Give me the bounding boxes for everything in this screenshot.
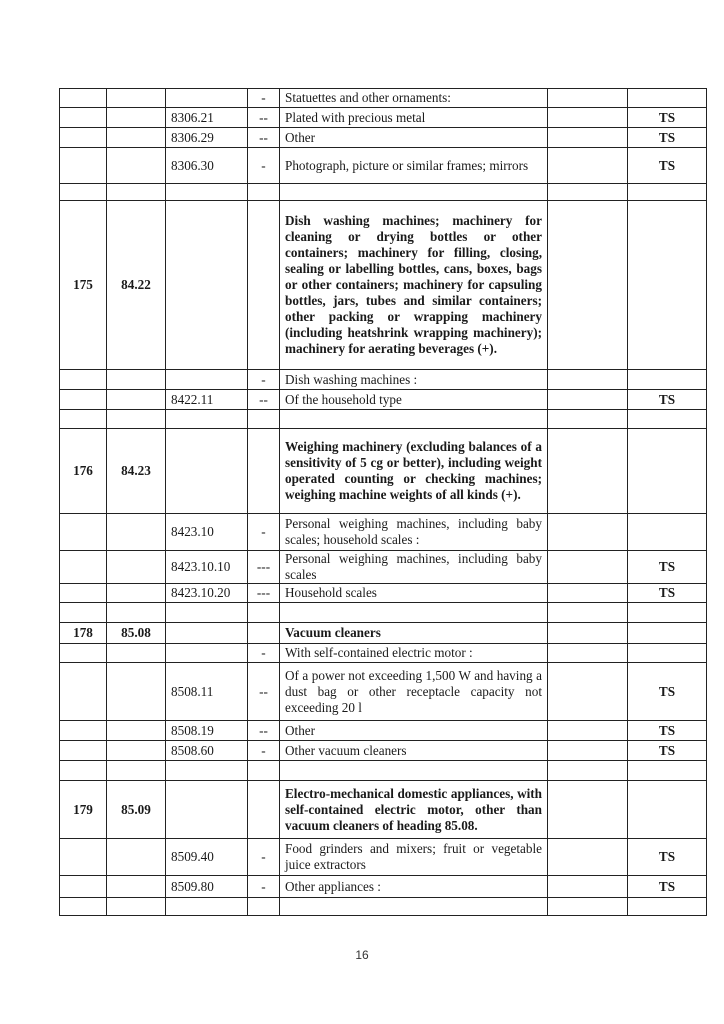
heading-cell — [107, 410, 166, 429]
table-row: 17584.22Dish washing machines; machinery… — [60, 201, 707, 370]
table-row: 8306.21--Plated with precious metalTS — [60, 108, 707, 128]
level-dash-cell: - — [248, 644, 280, 663]
table-row: 8423.10-Personal weighing machines, incl… — [60, 514, 707, 551]
heading-cell — [107, 663, 166, 721]
ts-flag-cell — [628, 781, 707, 839]
blank-column-cell — [548, 741, 628, 761]
hs-code-cell: 8423.10.10 — [166, 551, 248, 584]
level-dash-cell: --- — [248, 551, 280, 584]
hs-code-cell: 8508.60 — [166, 741, 248, 761]
hs-code-cell: 8423.10 — [166, 514, 248, 551]
heading-cell: 85.08 — [107, 623, 166, 644]
blank-column-cell — [548, 721, 628, 741]
description-cell: Of the household type — [280, 390, 548, 410]
level-dash-cell: - — [248, 839, 280, 876]
blank-column-cell — [548, 663, 628, 721]
description-cell: Statuettes and other ornaments: — [280, 89, 548, 108]
hs-code-cell: 8509.40 — [166, 839, 248, 876]
hs-code-cell — [166, 644, 248, 663]
level-dash-cell: - — [248, 148, 280, 184]
ts-flag-cell: TS — [628, 876, 707, 898]
ts-flag-cell: TS — [628, 741, 707, 761]
table-row — [60, 410, 707, 429]
hs-code-cell — [166, 898, 248, 916]
serial-number-cell — [60, 128, 107, 148]
level-dash-cell — [248, 761, 280, 781]
hs-code-cell — [166, 370, 248, 390]
heading-cell — [107, 644, 166, 663]
heading-cell: 84.22 — [107, 201, 166, 370]
level-dash-cell — [248, 898, 280, 916]
description-cell: Other — [280, 128, 548, 148]
ts-flag-cell: TS — [628, 108, 707, 128]
serial-number-cell — [60, 876, 107, 898]
serial-number-cell — [60, 184, 107, 201]
level-dash-cell: -- — [248, 663, 280, 721]
serial-number-cell: 178 — [60, 623, 107, 644]
serial-number-cell — [60, 148, 107, 184]
blank-column-cell — [548, 584, 628, 603]
table-row: 8306.30-Photograph, picture or similar f… — [60, 148, 707, 184]
level-dash-cell: -- — [248, 128, 280, 148]
table-row: 17885.08Vacuum cleaners — [60, 623, 707, 644]
serial-number-cell — [60, 721, 107, 741]
serial-number-cell — [60, 663, 107, 721]
table-row — [60, 184, 707, 201]
ts-flag-cell — [628, 370, 707, 390]
hs-code-cell: 8306.21 — [166, 108, 248, 128]
heading-cell — [107, 89, 166, 108]
hs-code-cell: 8423.10.20 — [166, 584, 248, 603]
table-row: 17684.23Weighing machinery (excluding ba… — [60, 429, 707, 514]
table-row: -Dish washing machines : — [60, 370, 707, 390]
serial-number-cell — [60, 551, 107, 584]
description-cell — [280, 761, 548, 781]
hs-code-cell: 8306.30 — [166, 148, 248, 184]
level-dash-cell — [248, 410, 280, 429]
ts-flag-cell: TS — [628, 148, 707, 184]
description-cell: Of a power not exceeding 1,500 W and hav… — [280, 663, 548, 721]
description-cell: Plated with precious metal — [280, 108, 548, 128]
level-dash-cell: --- — [248, 584, 280, 603]
blank-column-cell — [548, 514, 628, 551]
level-dash-cell — [248, 623, 280, 644]
ts-flag-cell — [628, 898, 707, 916]
serial-number-cell — [60, 514, 107, 551]
serial-number-cell — [60, 108, 107, 128]
table-row — [60, 603, 707, 623]
level-dash-cell: -- — [248, 721, 280, 741]
blank-column-cell — [548, 184, 628, 201]
description-cell: With self-contained electric motor : — [280, 644, 548, 663]
description-cell: Other — [280, 721, 548, 741]
blank-column-cell — [548, 390, 628, 410]
level-dash-cell: -- — [248, 390, 280, 410]
level-dash-cell — [248, 201, 280, 370]
level-dash-cell: - — [248, 741, 280, 761]
description-cell — [280, 603, 548, 623]
heading-cell — [107, 148, 166, 184]
ts-flag-cell — [628, 429, 707, 514]
blank-column-cell — [548, 644, 628, 663]
ts-flag-cell: TS — [628, 128, 707, 148]
heading-cell — [107, 370, 166, 390]
heading-cell — [107, 603, 166, 623]
hs-code-cell — [166, 761, 248, 781]
ts-flag-cell: TS — [628, 551, 707, 584]
level-dash-cell — [248, 603, 280, 623]
ts-flag-cell: TS — [628, 584, 707, 603]
page-number: 16 — [0, 948, 724, 962]
ts-flag-cell: TS — [628, 390, 707, 410]
blank-column-cell — [548, 551, 628, 584]
table-row: 8306.29--OtherTS — [60, 128, 707, 148]
level-dash-cell: - — [248, 876, 280, 898]
description-cell: Other vacuum cleaners — [280, 741, 548, 761]
hs-code-cell: 8508.19 — [166, 721, 248, 741]
table-row: 8509.80-Other appliances :TS — [60, 876, 707, 898]
serial-number-cell — [60, 898, 107, 916]
tariff-schedule-table: -Statuettes and other ornaments:8306.21-… — [59, 88, 707, 916]
description-cell: Dish washing machines; machinery for cle… — [280, 201, 548, 370]
description-cell — [280, 184, 548, 201]
table-row: 8508.19--OtherTS — [60, 721, 707, 741]
hs-code-cell — [166, 201, 248, 370]
level-dash-cell: - — [248, 89, 280, 108]
heading-cell: 85.09 — [107, 781, 166, 839]
table-row: 8423.10.20---Household scalesTS — [60, 584, 707, 603]
description-cell — [280, 410, 548, 429]
description-cell: Electro-mechanical domestic appliances, … — [280, 781, 548, 839]
description-cell: Weighing machinery (excluding balances o… — [280, 429, 548, 514]
hs-code-cell — [166, 781, 248, 839]
ts-flag-cell — [628, 201, 707, 370]
hs-code-cell: 8509.80 — [166, 876, 248, 898]
ts-flag-cell — [628, 184, 707, 201]
heading-cell — [107, 876, 166, 898]
ts-flag-cell — [628, 514, 707, 551]
hs-code-cell: 8306.29 — [166, 128, 248, 148]
blank-column-cell — [548, 761, 628, 781]
blank-column-cell — [548, 370, 628, 390]
ts-flag-cell — [628, 603, 707, 623]
description-cell — [280, 898, 548, 916]
table-row: 17985.09Electro-mechanical domestic appl… — [60, 781, 707, 839]
ts-flag-cell: TS — [628, 721, 707, 741]
serial-number-cell — [60, 584, 107, 603]
blank-column-cell — [548, 410, 628, 429]
table-body: -Statuettes and other ornaments:8306.21-… — [60, 89, 707, 916]
blank-column-cell — [548, 781, 628, 839]
blank-column-cell — [548, 623, 628, 644]
description-cell: Dish washing machines : — [280, 370, 548, 390]
hs-code-cell — [166, 623, 248, 644]
table-row — [60, 898, 707, 916]
table-row: 8509.40-Food grinders and mixers; fruit … — [60, 839, 707, 876]
heading-cell — [107, 741, 166, 761]
table-row: -With self-contained electric motor : — [60, 644, 707, 663]
heading-cell — [107, 128, 166, 148]
description-cell: Vacuum cleaners — [280, 623, 548, 644]
ts-flag-cell: TS — [628, 839, 707, 876]
serial-number-cell — [60, 839, 107, 876]
ts-flag-cell — [628, 644, 707, 663]
blank-column-cell — [548, 839, 628, 876]
heading-cell — [107, 584, 166, 603]
heading-cell — [107, 551, 166, 584]
level-dash-cell: - — [248, 514, 280, 551]
table-row: 8508.11--Of a power not exceeding 1,500 … — [60, 663, 707, 721]
heading-cell — [107, 898, 166, 916]
heading-cell — [107, 721, 166, 741]
ts-flag-cell — [628, 761, 707, 781]
hs-code-cell: 8422.11 — [166, 390, 248, 410]
heading-cell — [107, 184, 166, 201]
heading-cell — [107, 514, 166, 551]
hs-code-cell — [166, 184, 248, 201]
serial-number-cell: 175 — [60, 201, 107, 370]
serial-number-cell — [60, 761, 107, 781]
hs-code-cell — [166, 429, 248, 514]
description-cell: Personal weighing machines, including ba… — [280, 551, 548, 584]
table-row — [60, 761, 707, 781]
level-dash-cell — [248, 429, 280, 514]
ts-flag-cell — [628, 623, 707, 644]
ts-flag-cell: TS — [628, 663, 707, 721]
ts-flag-cell — [628, 410, 707, 429]
heading-cell — [107, 761, 166, 781]
heading-cell — [107, 390, 166, 410]
serial-number-cell: 179 — [60, 781, 107, 839]
table-row: 8422.11--Of the household typeTS — [60, 390, 707, 410]
blank-column-cell — [548, 429, 628, 514]
blank-column-cell — [548, 148, 628, 184]
table-row: -Statuettes and other ornaments: — [60, 89, 707, 108]
heading-cell — [107, 839, 166, 876]
blank-column-cell — [548, 603, 628, 623]
table-row: 8508.60-Other vacuum cleanersTS — [60, 741, 707, 761]
serial-number-cell: 176 — [60, 429, 107, 514]
hs-code-cell — [166, 410, 248, 429]
serial-number-cell — [60, 644, 107, 663]
serial-number-cell — [60, 370, 107, 390]
heading-cell — [107, 108, 166, 128]
description-cell: Personal weighing machines, including ba… — [280, 514, 548, 551]
serial-number-cell — [60, 741, 107, 761]
ts-flag-cell — [628, 89, 707, 108]
level-dash-cell: -- — [248, 108, 280, 128]
level-dash-cell — [248, 184, 280, 201]
description-cell: Photograph, picture or similar frames; m… — [280, 148, 548, 184]
blank-column-cell — [548, 108, 628, 128]
table-row: 8423.10.10---Personal weighing machines,… — [60, 551, 707, 584]
serial-number-cell — [60, 89, 107, 108]
blank-column-cell — [548, 201, 628, 370]
serial-number-cell — [60, 410, 107, 429]
serial-number-cell — [60, 390, 107, 410]
description-cell: Food grinders and mixers; fruit or veget… — [280, 839, 548, 876]
blank-column-cell — [548, 128, 628, 148]
description-cell: Household scales — [280, 584, 548, 603]
hs-code-cell — [166, 603, 248, 623]
hs-code-cell: 8508.11 — [166, 663, 248, 721]
level-dash-cell: - — [248, 370, 280, 390]
description-cell: Other appliances : — [280, 876, 548, 898]
blank-column-cell — [548, 89, 628, 108]
blank-column-cell — [548, 898, 628, 916]
level-dash-cell — [248, 781, 280, 839]
serial-number-cell — [60, 603, 107, 623]
heading-cell: 84.23 — [107, 429, 166, 514]
blank-column-cell — [548, 876, 628, 898]
hs-code-cell — [166, 89, 248, 108]
